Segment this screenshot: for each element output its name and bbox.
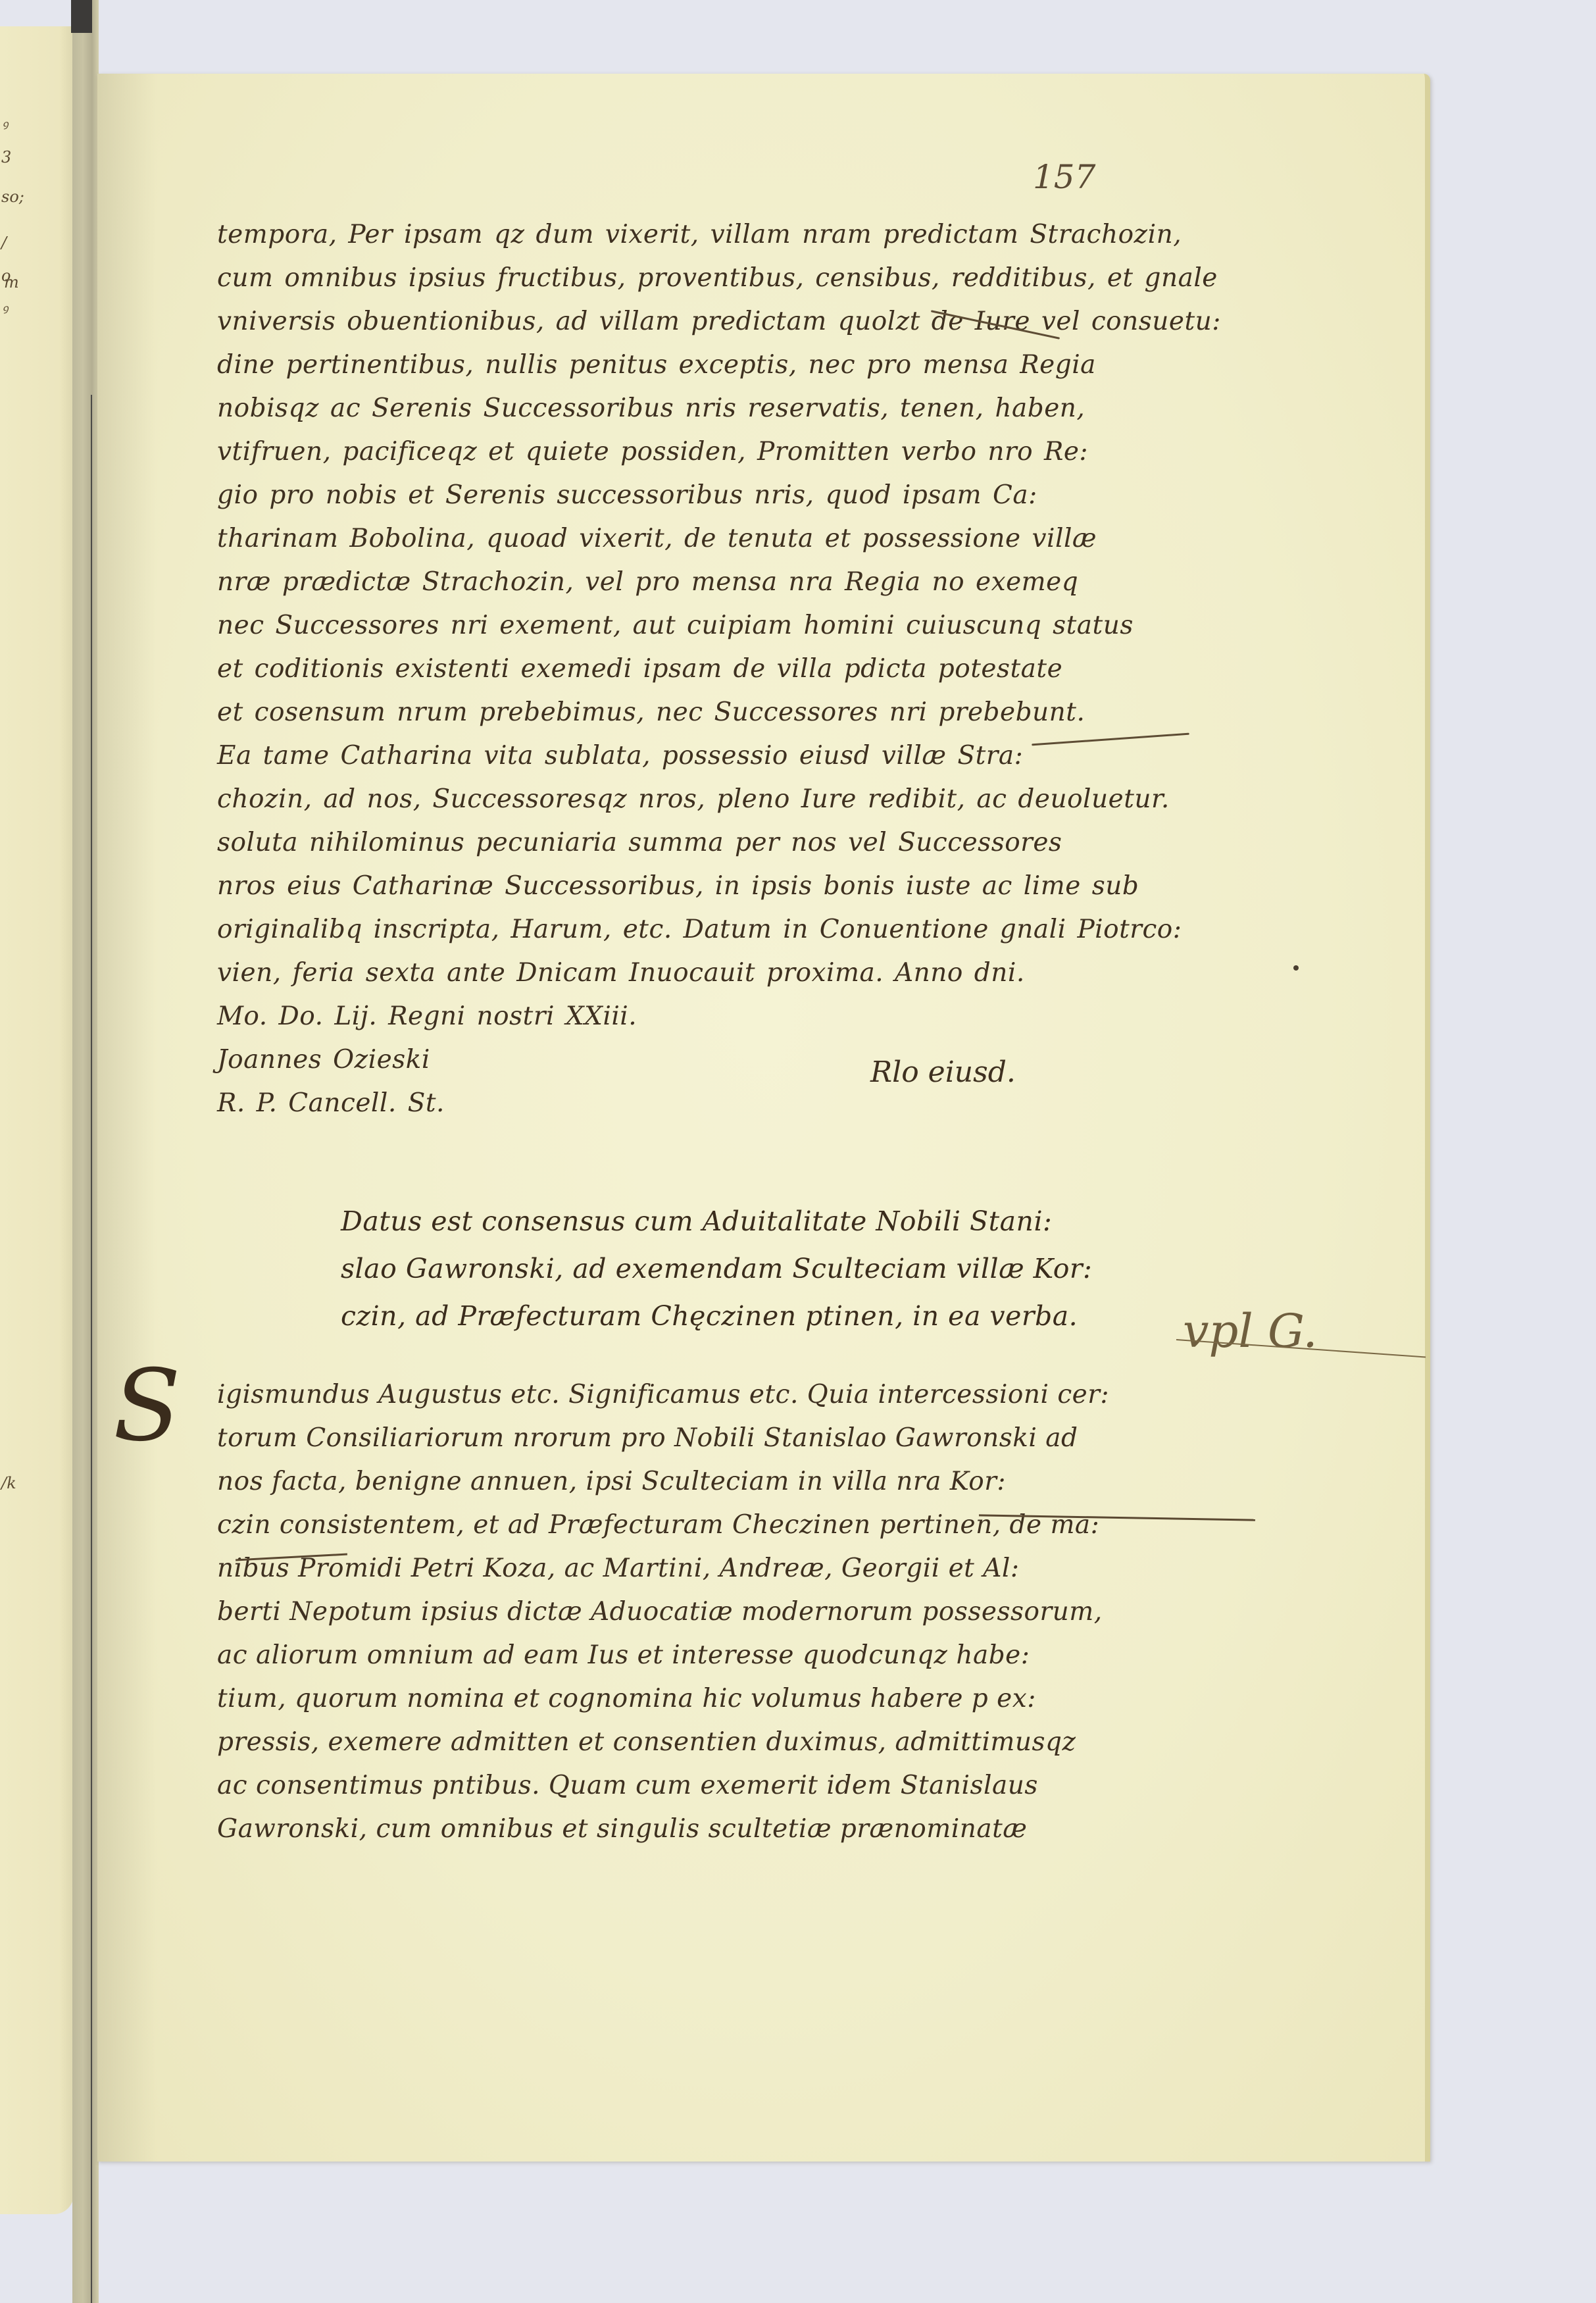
- entry-2-text: igismundus Augustus etc. Significamus et…: [217, 1373, 1217, 1851]
- margin-mark: ꝰ: [1, 115, 7, 137]
- text-line: tium, quorum nomina et cognomina hic vol…: [217, 1677, 1217, 1721]
- text-line: tempora, Per ipsam qz dum vixerit, villa…: [217, 213, 1217, 257]
- text-line: et coditionis existenti exemedi ipsam de…: [217, 647, 1217, 691]
- decorated-initial: S: [113, 1357, 181, 1455]
- facing-page-left: ꝰ 3 so; / o m ꝰ /k: [0, 26, 74, 2214]
- text-line: dine pertinentibus, nullis penitus excep…: [217, 343, 1217, 387]
- margin-mark: ꝰ: [1, 299, 7, 321]
- margin-ink-dot: [1293, 965, 1299, 971]
- text-line: cum omnibus ipsius fructibus, proventibu…: [217, 257, 1217, 300]
- text-line: et cosensum nrum prebebimus, nec Success…: [217, 691, 1217, 734]
- chancellor-signature-name: Joannes Ozieski: [217, 1038, 1217, 1082]
- margin-mark: so;: [1, 188, 24, 206]
- text-line: ac consentimus pntibus. Quam cum exemeri…: [217, 1764, 1217, 1808]
- text-line: nos facta, benigne annuen, ipsi Sculteci…: [217, 1460, 1217, 1504]
- text-line: Mo. Do. Lij. Regni nostri XXiii.: [217, 995, 1217, 1038]
- heading-line: Datus est consensus cum Aduitalitate Nob…: [341, 1198, 1130, 1245]
- text-line: ac aliorum omnium ad eam Ius et interess…: [217, 1634, 1217, 1677]
- text-line: vtifruen, pacificeqz et quiete possiden,…: [217, 430, 1217, 474]
- text-line: Gawronski, cum omnibus et singulis scult…: [217, 1808, 1217, 1851]
- text-line: nobisqz ac Serenis Successoribus nris re…: [217, 387, 1217, 430]
- text-line: nec Successores nri exement, aut cuipiam…: [217, 604, 1217, 647]
- heading-line: czin, ad Præfecturam Chęczinen ptinen, i…: [341, 1292, 1130, 1340]
- text-line: originalibq inscripta, Harum, etc. Datum…: [217, 908, 1217, 951]
- text-line: czin consistentem, et ad Præfecturam Che…: [217, 1504, 1217, 1547]
- margin-mark: /k: [1, 1474, 16, 1492]
- margin-annotation: vpl G.: [1183, 1304, 1318, 1358]
- text-line: pressis, exemere admitten et consentien …: [217, 1721, 1217, 1764]
- text-line: vniversis obuentionibus, ad villam predi…: [217, 300, 1217, 343]
- text-line: tharinam Bobolina, quoad vixerit, de ten…: [217, 517, 1217, 561]
- text-line: berti Nepotum ipsius dictæ Aduocatiæ mod…: [217, 1590, 1217, 1634]
- margin-mark: 3: [1, 148, 11, 166]
- book-binding: [72, 0, 99, 2303]
- margin-mark: m: [4, 273, 19, 291]
- relator-signature: Rlo eiusd.: [870, 1055, 1016, 1089]
- text-line: igismundus Augustus etc. Significamus et…: [217, 1373, 1217, 1417]
- text-line: torum Consiliariorum nrorum pro Nobili S…: [217, 1417, 1217, 1460]
- text-line: vien, feria sexta ante Dnicam Inuocauit …: [217, 951, 1217, 995]
- folio-number: 157: [1033, 158, 1095, 196]
- text-line: gio pro nobis et Serenis successoribus n…: [217, 474, 1217, 517]
- chancellor-signature-title: R. P. Cancell. St.: [217, 1082, 1217, 1125]
- binding-gutter-line: [91, 395, 92, 2303]
- margin-mark: /: [1, 234, 7, 252]
- heading-line: slao Gawronski, ad exemendam Sculteciam …: [341, 1245, 1130, 1292]
- text-line: nræ prædictæ Strachozin, vel pro mensa n…: [217, 561, 1217, 604]
- entry-2-heading: Datus est consensus cum Aduitalitate Nob…: [341, 1198, 1130, 1340]
- text-line: soluta nihilominus pecuniaria summa per …: [217, 821, 1217, 865]
- text-line: nros eius Catharinæ Successoribus, in ip…: [217, 865, 1217, 908]
- entry-1-text: tempora, Per ipsam qz dum vixerit, villa…: [217, 213, 1217, 1125]
- text-line: chozin, ad nos, Successoresqz nros, plen…: [217, 778, 1217, 821]
- manuscript-page: 157 tempora, Per ipsam qz dum vixerit, v…: [97, 74, 1430, 2162]
- gutter-shadow: [97, 74, 157, 2162]
- text-line: nibus Promidi Petri Koza, ac Martini, An…: [217, 1547, 1217, 1590]
- binding-top-edge: [71, 0, 92, 33]
